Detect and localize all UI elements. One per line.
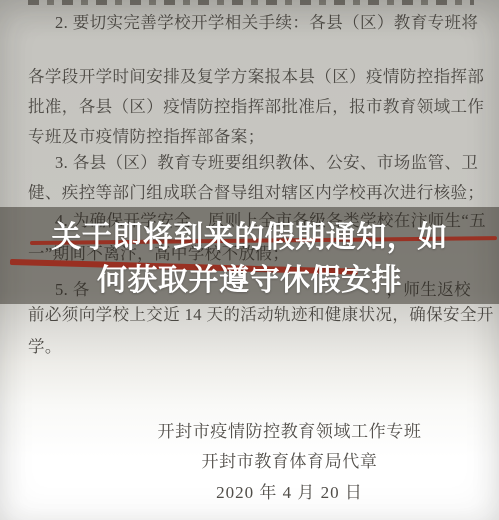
doc-line: 各学段开学时间安排及复学方案报本县（区）疫情防控指挥部 [28, 66, 489, 88]
signature-org-line: 开封市疫情防控教育领域工作专班 [80, 417, 499, 442]
doc-line: 健、疾控等部门组成联合督导组对辖区内学校再次进行核验； [28, 182, 489, 204]
signature-agency-line: 开封市教育体育局代章 [80, 447, 499, 472]
doc-line: 学。 [28, 336, 489, 358]
document-photo: 2. 要切实完善学校开学相关手续：各县（区）教育专班将 各学段开学时间安排及复学… [0, 0, 499, 520]
caption-line-1: 关于即将到来的假期通知，如 [0, 223, 499, 253]
doc-line: 3. 各县（区）教育专班要组织教体、公安、市场监管、卫 [55, 152, 489, 174]
truncated-text-row [28, 0, 474, 5]
caption-line-2: 何获取并遵守休假安排 [0, 266, 499, 296]
doc-line: 专班及市疫情防控指挥部备案； [28, 126, 489, 148]
date-line: 2020 年 4 月 20 日 [80, 478, 499, 503]
doc-line: 前必须向学校上交近 14 天的活动轨迹和健康状况，确保安全开 [28, 304, 489, 326]
doc-line: 2. 要切实完善学校开学相关手续：各县（区）教育专班将 [55, 12, 489, 34]
doc-line: 批准，各县（区）疫情防控指挥部批准后，报市教育领域工作 [28, 96, 489, 118]
